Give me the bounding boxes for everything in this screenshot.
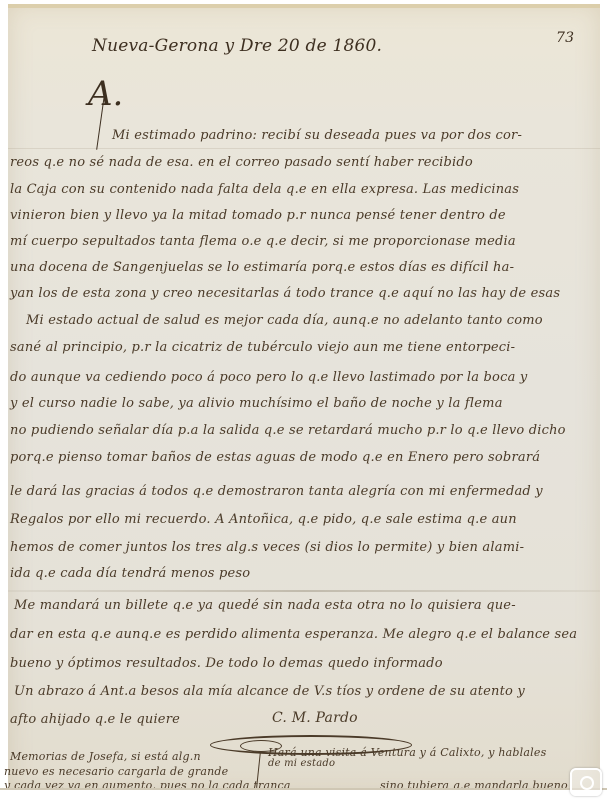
paper-fold-line <box>8 590 600 592</box>
salutation-flourish: A. <box>88 74 123 114</box>
postscript-left-line: Memorias de Josefa, si está alg.n <box>10 750 201 763</box>
postscript-left-line: nuevo es necesario cargarla de grande <box>4 765 228 778</box>
body-line: Me mandará un billete q.e ya quedé sin n… <box>14 598 516 613</box>
body-line: bueno y óptimos resultados. De todo lo d… <box>10 656 443 671</box>
paper-top-edge <box>8 4 600 8</box>
body-line: do aunque va cediendo poco á poco pero l… <box>10 370 527 385</box>
body-line: porq.e pienso tomar baños de estas aguas… <box>10 450 540 465</box>
body-line: yan los de esta zona y creo necesitarlas… <box>10 286 560 301</box>
body-line: mí cuerpo sepultados tanta flema o.e q.e… <box>10 234 516 249</box>
body-line: no pudiendo señalar día p.a la salida q.… <box>10 423 566 438</box>
page-number: 73 <box>556 30 574 46</box>
body-line: Mi estado actual de salud es mejor cada … <box>26 313 543 328</box>
body-line: Regalos por ello mi recuerdo. A Antoñica… <box>10 512 517 527</box>
signature: C. M. Pardo <box>272 710 358 726</box>
body-line: Un abrazo á Ant.a besos ala mía alcance … <box>14 684 525 699</box>
body-line: Mi estimado padrino: recibí su deseada p… <box>112 128 522 143</box>
postscript-right-line: de mi estado <box>268 758 335 769</box>
body-line: dar en esta q.e aunq.e es perdido alimen… <box>10 627 577 642</box>
body-line: una docena de Sangenjuelas se lo estimar… <box>10 260 514 275</box>
camera-watermark-icon <box>570 768 602 796</box>
closing-line: afto ahijado q.e le quiere <box>10 712 180 727</box>
paper-bottom-edge <box>0 788 607 800</box>
body-line: y el curso nadie lo sabe, ya alivio much… <box>10 396 503 411</box>
place-date-header: Nueva-Gerona y Dre 20 de 1860. <box>92 36 382 56</box>
body-line: hemos de comer juntos los tres alg.s vec… <box>10 540 524 555</box>
body-line: le dará las gracias á todos q.e demostra… <box>10 484 543 499</box>
body-line: ida q.e cada día tendrá menos peso <box>10 566 250 581</box>
body-line: vinieron bien y llevo ya la mitad tomado… <box>10 208 506 223</box>
body-line: la Caja con su contenido nada falta dela… <box>10 182 519 197</box>
body-line: sané al principio, p.r la cicatriz de tu… <box>10 340 515 355</box>
body-line: reos q.e no sé nada de esa. en el correo… <box>10 155 473 170</box>
